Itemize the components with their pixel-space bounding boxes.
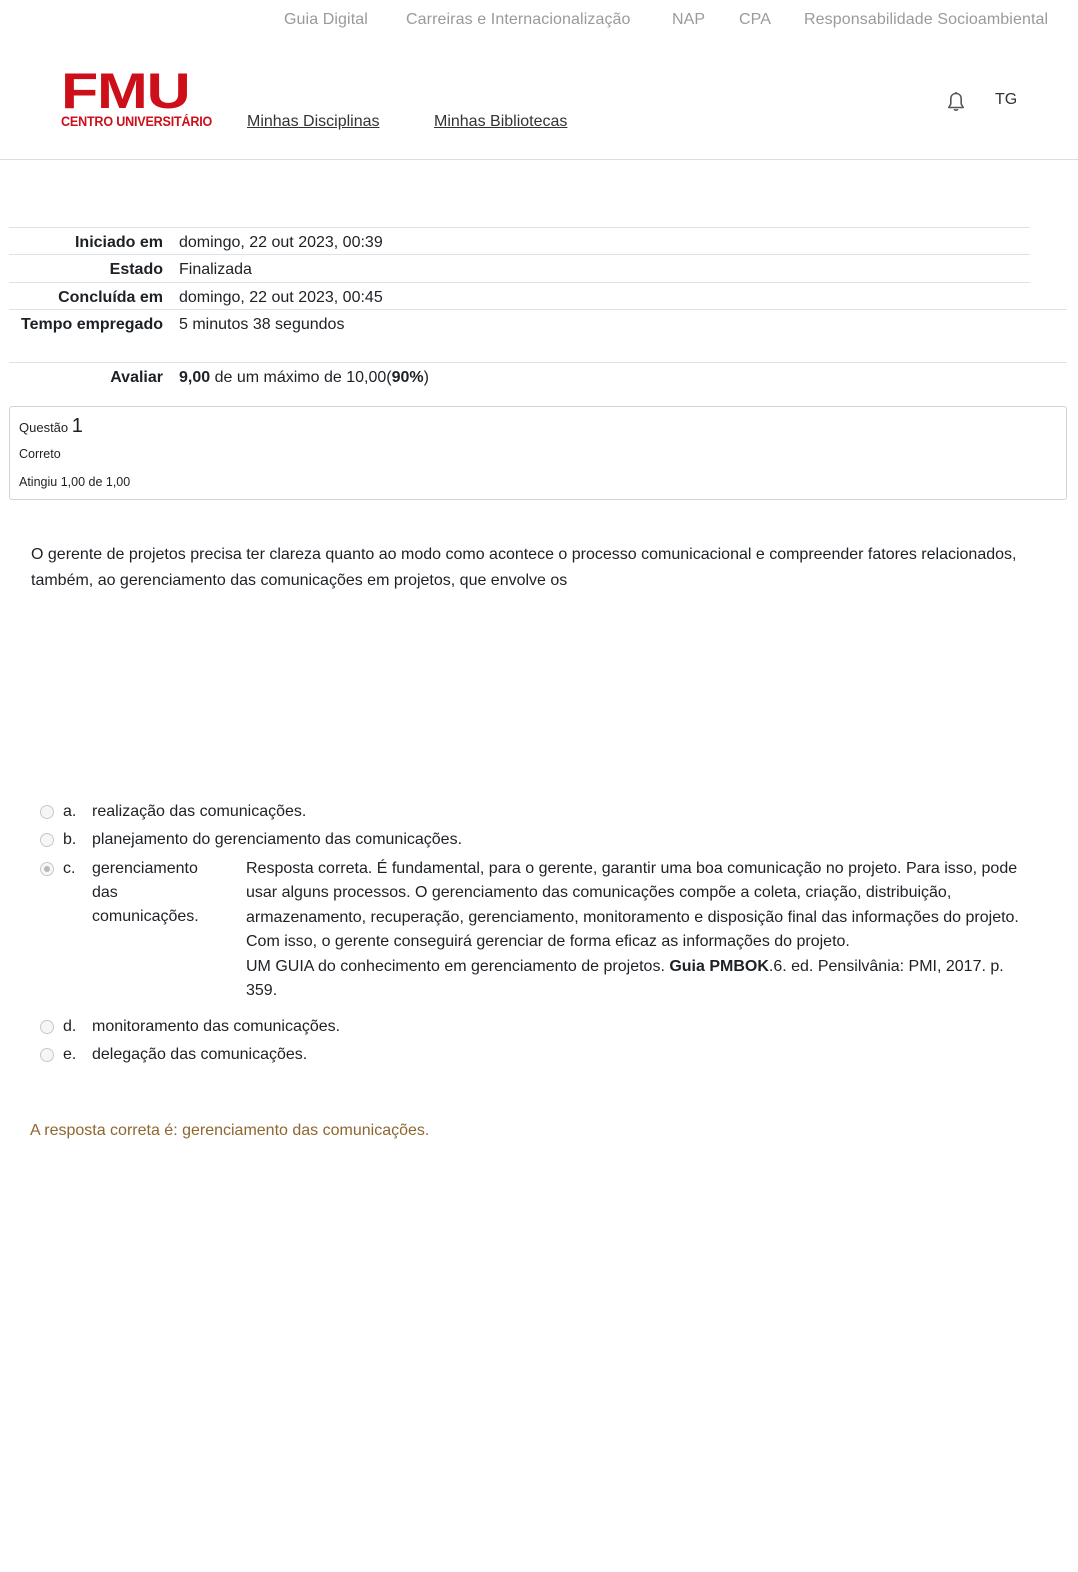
attempt-summary-table: Iniciado em domingo, 22 out 2023, 00:39 …	[9, 227, 1067, 392]
user-avatar-initials[interactable]: TG	[995, 91, 1017, 109]
summary-value: Finalizada	[163, 255, 252, 282]
summary-label: Avaliar	[9, 363, 163, 392]
summary-row-time-taken: Tempo empregado 5 minutos 38 segundos	[9, 309, 1067, 362]
summary-value: domingo, 22 out 2023, 00:39	[163, 228, 383, 254]
radio-button[interactable]	[40, 833, 54, 847]
summary-value: 9,00 de um máximo de 10,00(90%)	[163, 363, 429, 392]
logo-subtitle: CENTRO UNIVERSITÁRIO	[61, 114, 212, 129]
answer-text: delegação das comunicações.	[92, 1043, 307, 1067]
summary-row-completed: Concluída em domingo, 22 out 2023, 00:45	[9, 282, 1030, 309]
answer-text: realização das comunicações.	[92, 800, 306, 824]
fmu-logo[interactable]: FMU CENTRO UNIVERSITÁRIO	[61, 72, 197, 130]
summary-label: Concluída em	[9, 283, 163, 309]
right-answer: A resposta correta é: gerenciamento das …	[30, 1122, 429, 1140]
top-nav-carreiras[interactable]: Carreiras e Internacionalização	[406, 11, 631, 29]
feedback-text: Resposta correta. É fundamental, para o …	[246, 857, 1036, 955]
answer-text: gerenciamento das comunicações.	[92, 857, 222, 929]
answer-text: planejamento do gerenciamento das comuni…	[92, 828, 462, 852]
site-header: FMU CENTRO UNIVERSITÁRIO Minhas Discipli…	[0, 44, 1078, 160]
feedback-reference: UM GUIA do conhecimento em gerenciamento…	[246, 955, 1036, 1004]
answer-text: monitoramento das comunicações.	[92, 1015, 340, 1039]
summary-row-grade: Avaliar 9,00 de um máximo de 10,00(90%)	[9, 362, 1067, 392]
answer-letter: c.	[63, 857, 75, 881]
answer-letter: a.	[63, 800, 76, 824]
summary-value: domingo, 22 out 2023, 00:45	[163, 283, 383, 309]
grade-percent: 90%	[392, 369, 424, 386]
question-info-box: Questão 1 Correto Atingiu 1,00 de 1,00	[9, 406, 1067, 500]
top-nav-cpa[interactable]: CPA	[739, 11, 771, 29]
top-utility-nav: Guia Digital Carreiras e Internacionaliz…	[0, 0, 1078, 44]
summary-value: 5 minutos 38 segundos	[163, 310, 344, 362]
answer-feedback: Resposta correta. É fundamental, para o …	[246, 857, 1036, 1003]
question-text: O gerente de projetos precisa ter clarez…	[31, 542, 1041, 594]
summary-row-state: Estado Finalizada	[9, 254, 1030, 282]
top-nav-nap[interactable]: NAP	[672, 11, 705, 29]
nav-minhas-bibliotecas[interactable]: Minhas Bibliotecas	[434, 113, 567, 131]
radio-button-selected[interactable]	[40, 862, 54, 876]
radio-button[interactable]	[40, 1048, 54, 1062]
top-nav-responsabilidade[interactable]: Responsabilidade Socioambiental	[804, 11, 1048, 29]
bell-icon[interactable]	[946, 91, 966, 113]
summary-label: Estado	[9, 255, 163, 282]
answer-letter: b.	[63, 828, 76, 852]
radio-button[interactable]	[40, 805, 54, 819]
answer-letter: e.	[63, 1043, 76, 1067]
top-nav-guia-digital[interactable]: Guia Digital	[284, 11, 368, 29]
question-grade: Atingiu 1,00 de 1,00	[19, 475, 130, 489]
question-number: Questão 1	[19, 415, 83, 438]
logo-title: FMU	[61, 66, 189, 116]
summary-label: Iniciado em	[9, 228, 163, 254]
grade-score: 9,00	[179, 369, 210, 386]
summary-label: Tempo empregado	[9, 310, 163, 362]
answer-option-c[interactable]: c. gerenciamento das comunicações. Respo…	[40, 857, 1040, 1007]
nav-minhas-disciplinas[interactable]: Minhas Disciplinas	[247, 113, 380, 131]
radio-button[interactable]	[40, 1020, 54, 1034]
answer-letter: d.	[63, 1015, 76, 1039]
summary-row-started: Iniciado em domingo, 22 out 2023, 00:39	[9, 227, 1030, 254]
question-state: Correto	[19, 447, 61, 461]
